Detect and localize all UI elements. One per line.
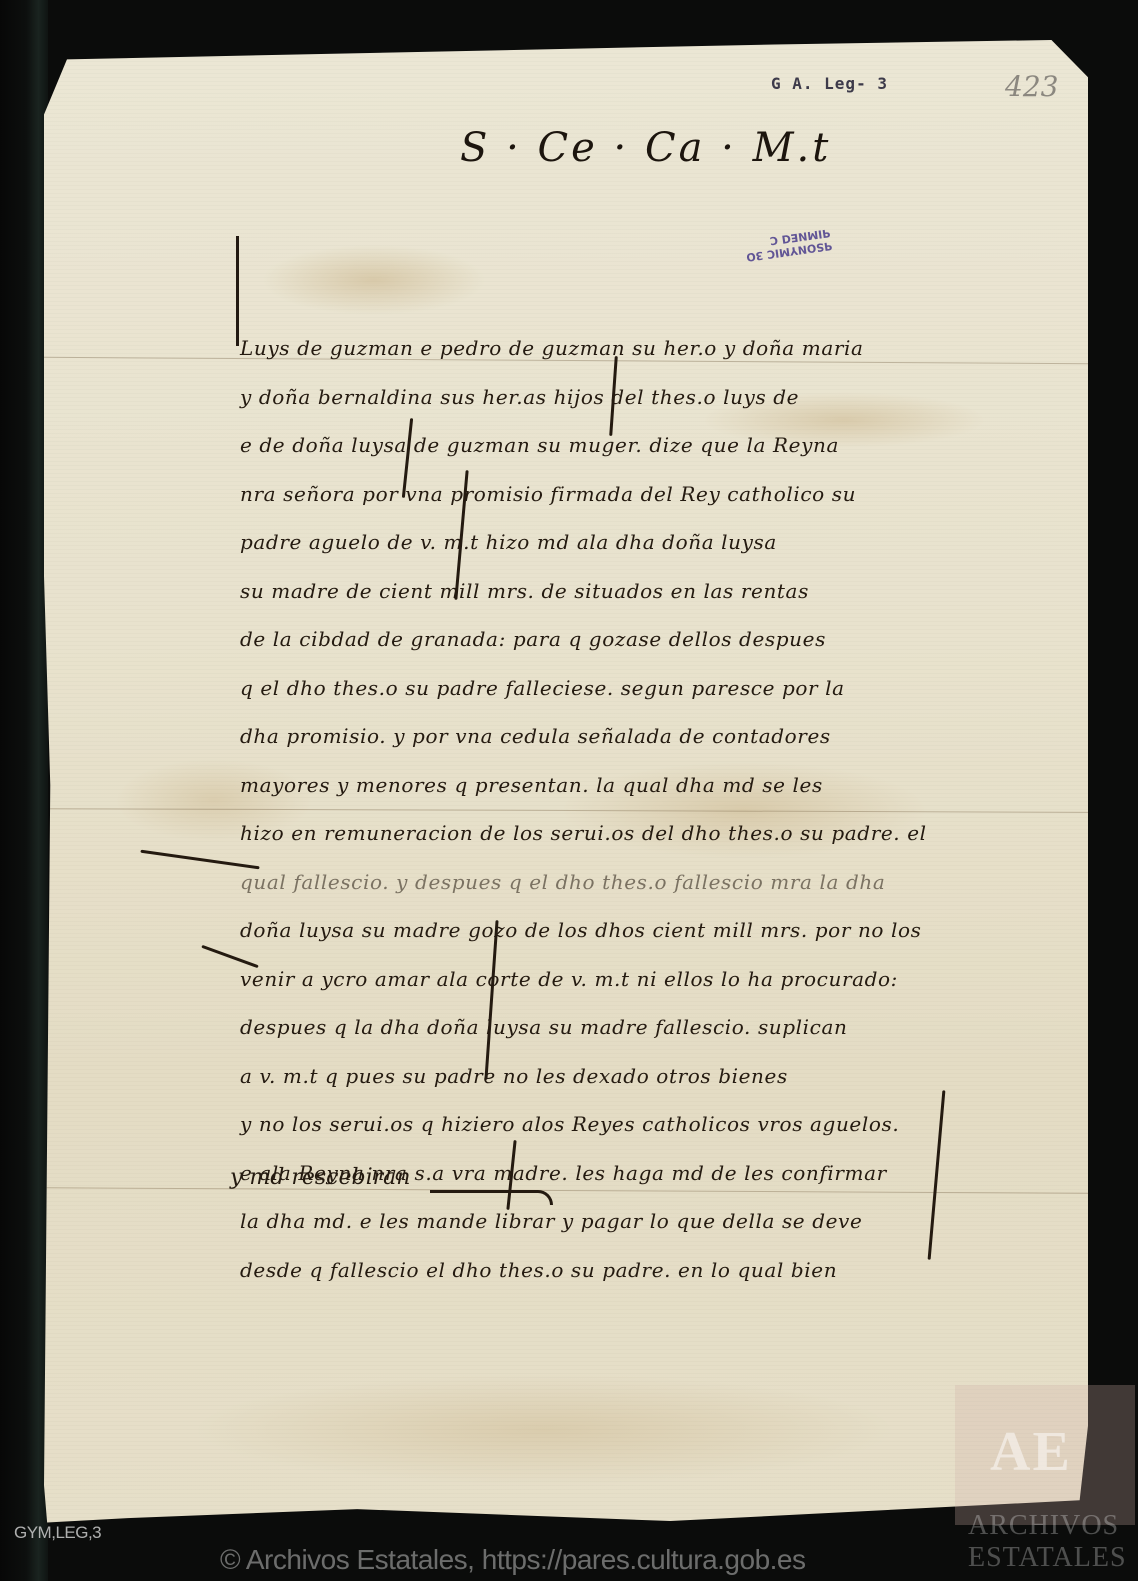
closing-flourish <box>430 1190 553 1205</box>
text-line: nra señora por vna promisio firmada del … <box>240 474 1060 523</box>
archive-name-watermark: ARCHIVOS ESTATALES <box>968 1510 1138 1574</box>
text-line: y no los serui.os q hiziero alos Reyes c… <box>240 1104 1060 1153</box>
text-line: a v. m.t q pues su padre no les dexado o… <box>240 1056 1060 1105</box>
text-line: hizo en remuneracion de los serui.os del… <box>240 813 1060 862</box>
text-line: desde q fallescio el dho thes.o su padre… <box>240 1250 1060 1299</box>
text-line: su madre de cient mill mrs. de situados … <box>240 571 1060 620</box>
text-line: y doña bernaldina sus her.as hijos del t… <box>240 377 1060 426</box>
text-line: Luys de guzman e pedro de guzman su her.… <box>240 328 1060 377</box>
archival-reference-stamp: G A. Leg- 3 <box>771 74 888 93</box>
text-line: venir a ycro amar ala corte de v. m.t ni… <box>240 959 1060 1008</box>
closing-line: y md rescebiran <box>230 1165 410 1190</box>
letter-salutation-heading: S · Ce · Ca · M.t <box>460 125 831 171</box>
copyright-notice: © Archivos Estatales, https://pares.cult… <box>220 1544 806 1576</box>
text-line: q el dho thes.o su padre falleciese. seg… <box>240 668 1060 717</box>
text-line: mayores y menores q presentan. la qual d… <box>240 765 1060 814</box>
binder-mount-strip <box>0 0 48 1581</box>
text-line: qual fallescio. y despues q el dho thes.… <box>240 862 1060 911</box>
archive-logo-watermark: AE <box>990 1420 1072 1484</box>
text-line: despues q la dha doña luysa su madre fal… <box>240 1007 1060 1056</box>
text-line: la dha md. e les mande librar y pagar lo… <box>240 1201 1060 1250</box>
letter-body: Luys de guzman e pedro de guzman su her.… <box>240 328 1060 1298</box>
text-line: doña luysa su madre gozo de los dhos cie… <box>240 910 1060 959</box>
text-line: e de doña luysa de guzman su muger. dize… <box>240 425 1060 474</box>
text-line: de la cibdad de granada: para q gozase d… <box>240 619 1060 668</box>
text-line: padre aguelo de v. m.t hizo md ala dha d… <box>240 522 1060 571</box>
folio-number: 423 <box>1005 70 1058 103</box>
text-line: dha promisio. y por vna cedula señalada … <box>240 716 1060 765</box>
sheet-reference-label: GYM,LEG,3 <box>14 1523 101 1543</box>
